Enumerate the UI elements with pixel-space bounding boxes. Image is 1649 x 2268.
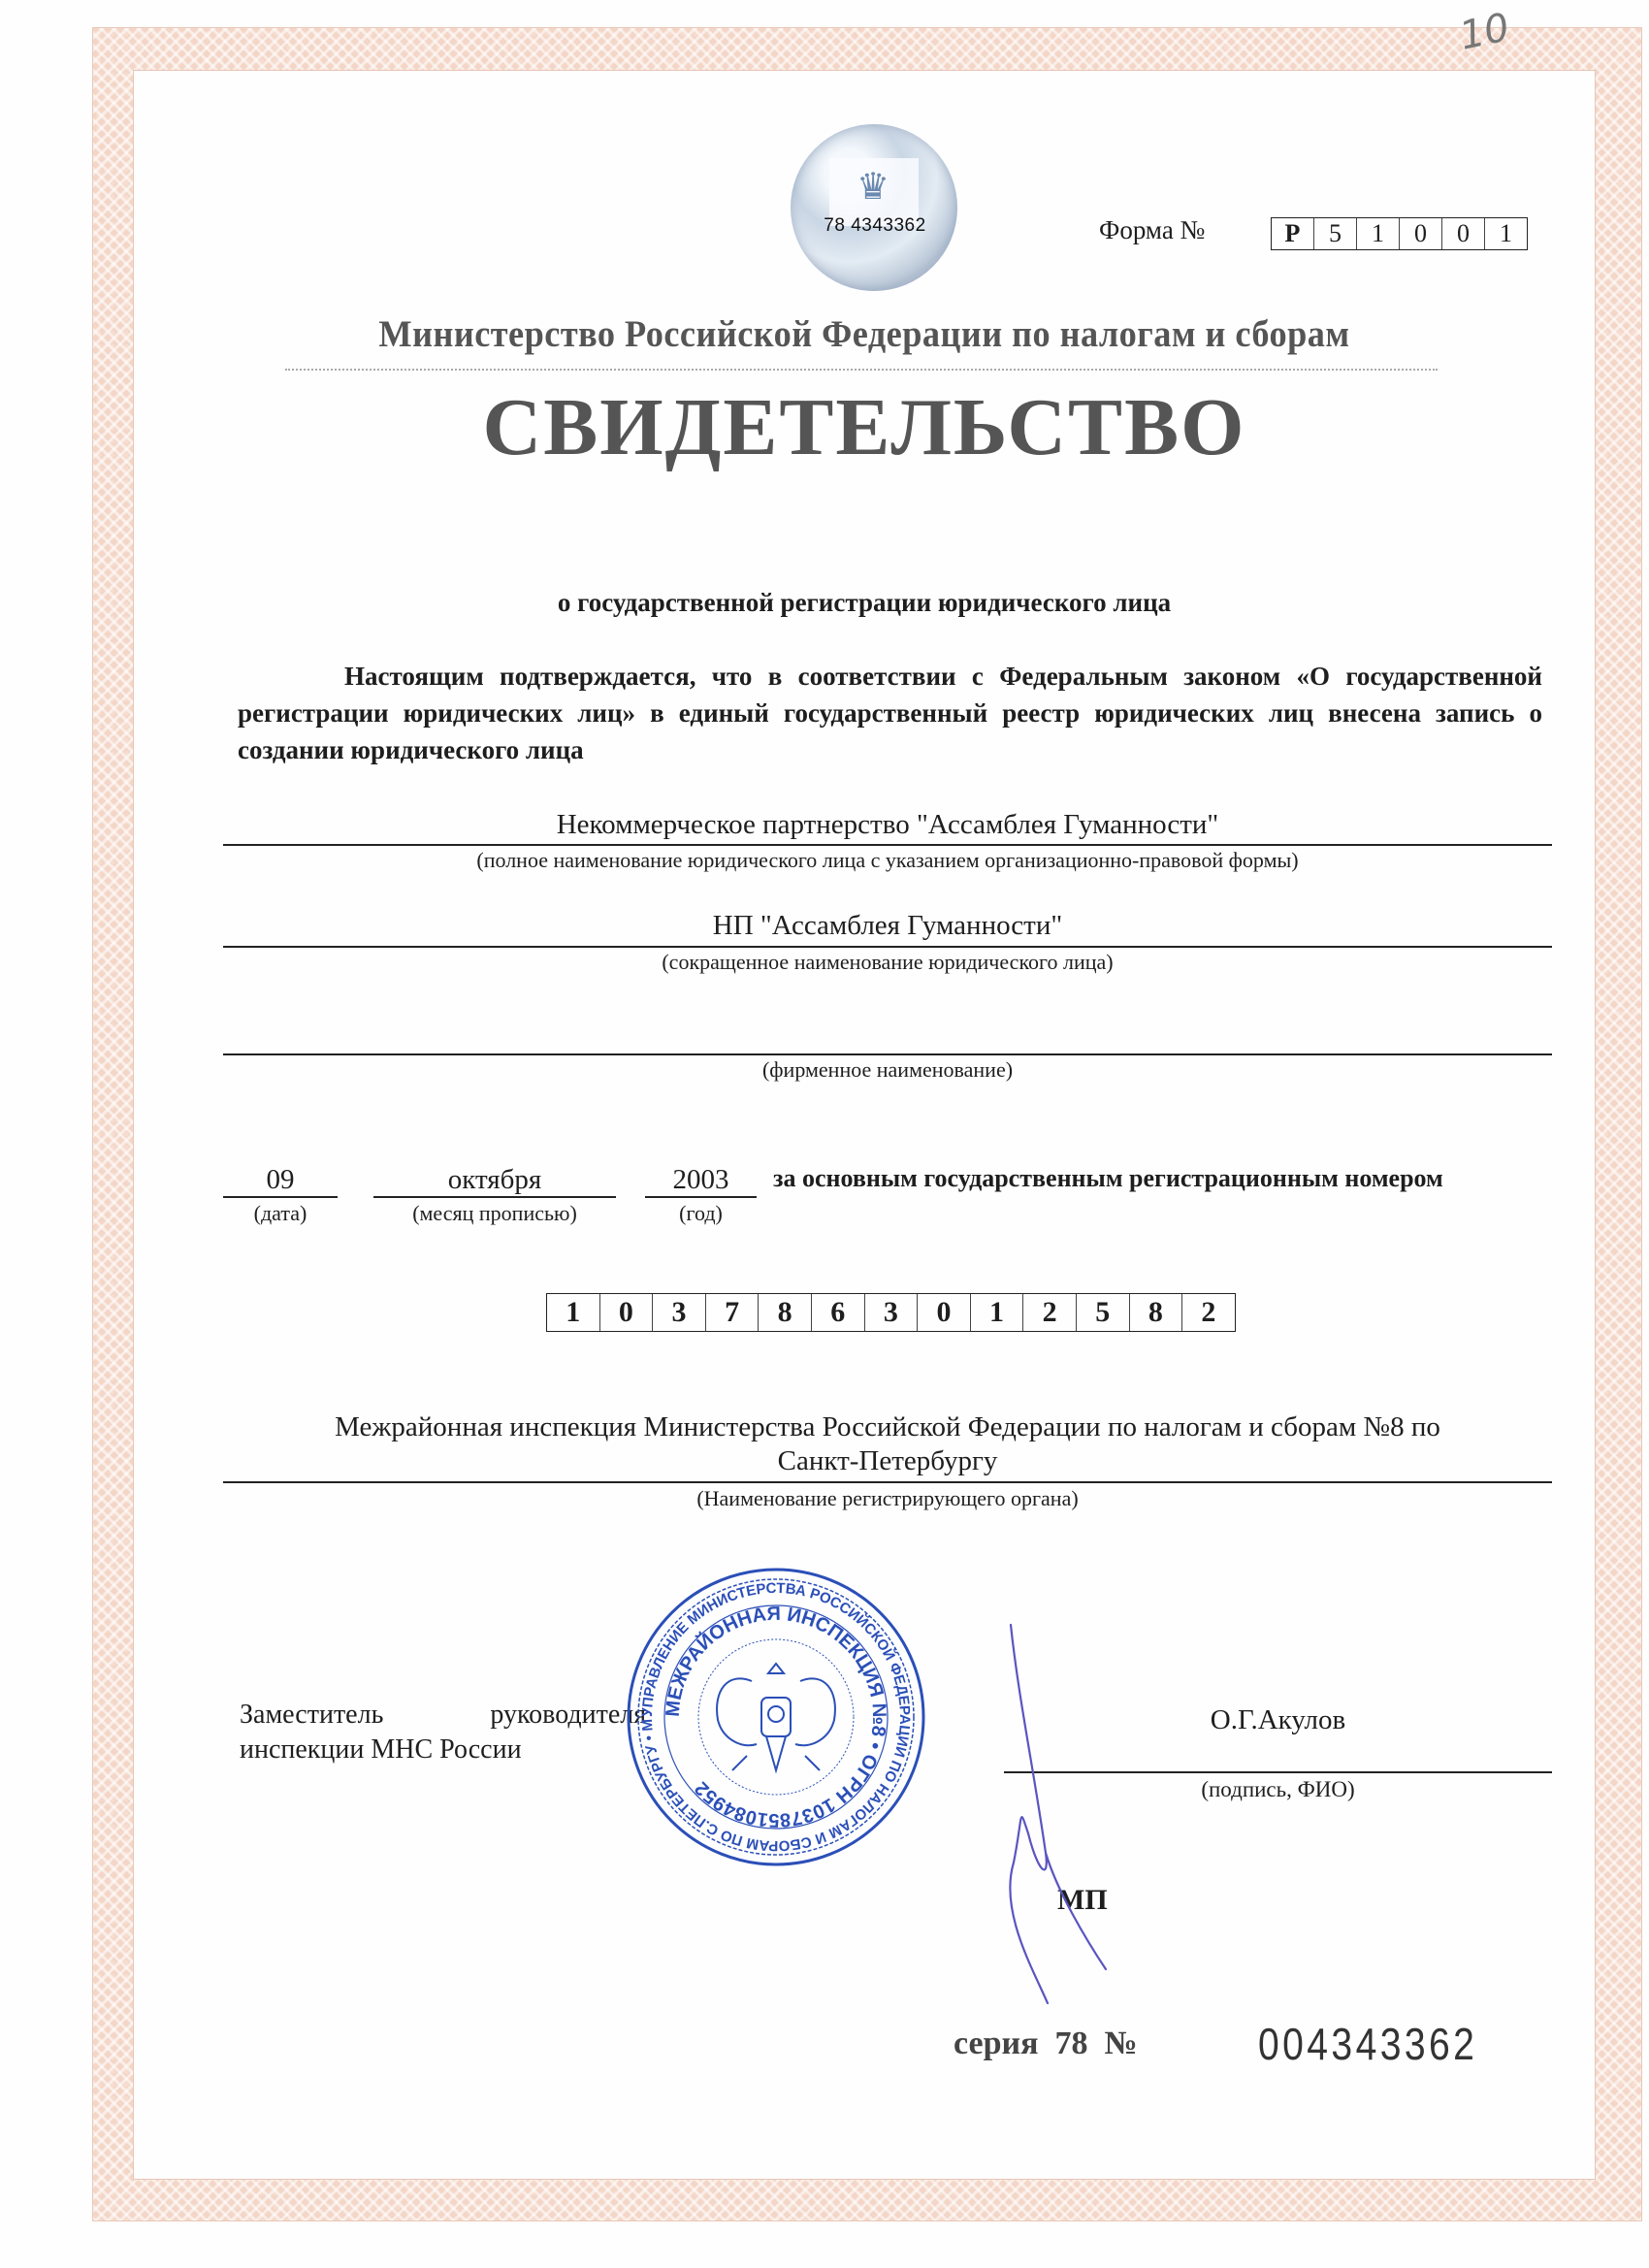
authority-name-line2: Санкт-Петербургу (223, 1445, 1552, 1477)
form-label: Форма № (1099, 215, 1205, 245)
ogrn-digit: 6 (812, 1294, 865, 1331)
registration-day-caption: (дата) (223, 1201, 338, 1226)
ogrn-digit: 3 (653, 1294, 706, 1331)
form-code-box: Р (1272, 218, 1314, 249)
ogrn-digit: 0 (918, 1294, 971, 1331)
registration-year-caption: (год) (645, 1201, 757, 1226)
hologram-number: 78 4343362 (812, 215, 938, 237)
registration-month: октября (373, 1164, 616, 1196)
certificate-subtitle: о государственной регистрации юридическо… (133, 588, 1596, 618)
ogrn-number-boxes: 1 0 3 7 8 6 3 0 1 2 5 8 2 (546, 1293, 1236, 1332)
form-code-box: 1 (1485, 218, 1527, 249)
ogrn-digit: 7 (706, 1294, 760, 1331)
certificate-title: СВИДЕТЕЛЬСТВО (133, 380, 1596, 474)
entity-full-name-caption: (полное наименование юридического лица с… (223, 848, 1552, 873)
ogrn-digit: 5 (1077, 1294, 1130, 1331)
form-code-box: 1 (1357, 218, 1400, 249)
ogrn-digit: 8 (759, 1294, 812, 1331)
authority-name-line1: Межрайонная инспекция Министерства Росси… (223, 1411, 1552, 1443)
divider (223, 1196, 338, 1198)
series-number: 004343362 (1258, 2018, 1477, 2070)
ogrn-digit: 2 (1023, 1294, 1077, 1331)
intro-paragraph: Настоящим подтверждается, что в соответс… (238, 658, 1542, 768)
registration-day: 09 (223, 1164, 338, 1196)
series-value: 78 (1055, 2025, 1088, 2061)
stamp-inner-ring-text: МЕЖРАЙОННАЯ ИНСПЕКЦИЯ №8 • ОГРН 10378510… (663, 1604, 890, 1831)
entity-short-name-caption: (сокращенное наименование юридического л… (223, 950, 1552, 975)
form-code-boxes: Р 5 1 0 0 1 (1271, 217, 1528, 250)
ogrn-digit: 3 (865, 1294, 919, 1331)
form-code-box: 5 (1314, 218, 1357, 249)
eagle-emblem-icon: ♛ (857, 165, 889, 209)
svg-text:МЕЖРАЙОННАЯ ИНСПЕКЦИЯ №8 • ОГР: МЕЖРАЙОННАЯ ИНСПЕКЦИЯ №8 • ОГРН 10378510… (663, 1604, 890, 1831)
ogrn-digit: 2 (1182, 1294, 1235, 1331)
ogrn-digit: 8 (1130, 1294, 1183, 1331)
signer-position: Заместительруководителя инспекции МНС Ро… (240, 1698, 646, 1767)
divider (223, 946, 1552, 948)
entity-full-name: Некоммерческое партнерство "Ассамблея Гу… (223, 809, 1552, 841)
registration-month-caption: (месяц прописью) (373, 1201, 616, 1226)
ministry-heading: Министерство Российской Федерации по нал… (184, 312, 1544, 356)
ogrn-label: за основным государственным регистрацион… (773, 1164, 1443, 1193)
divider (223, 844, 1552, 846)
ogrn-digit: 1 (547, 1294, 600, 1331)
official-stamp: УПРАВЛЕНИЕ МИНИСТЕРСТВА РОССИЙСКОЙ ФЕДЕР… (626, 1567, 926, 1867)
entity-firm-name-caption: (фирменное наименование) (223, 1057, 1552, 1083)
form-code-box: 0 (1442, 218, 1485, 249)
divider (223, 1053, 1552, 1055)
ogrn-digit: 1 (971, 1294, 1024, 1331)
form-code-box: 0 (1400, 218, 1442, 249)
divider (285, 369, 1438, 371)
divider (223, 1481, 1552, 1483)
hologram-seal: ♛ 78 4343362 (791, 124, 957, 291)
eagle-emblem-icon (717, 1664, 835, 1770)
authority-caption: (Наименование регистрирующего органа) (223, 1486, 1552, 1511)
ogrn-digit: 0 (600, 1294, 654, 1331)
handwritten-signature (960, 1620, 1115, 2008)
divider (645, 1196, 757, 1198)
entity-short-name: НП "Ассамблея Гуманности" (223, 910, 1552, 942)
series-label: серия 78 № (954, 2025, 1138, 2062)
registration-year: 2003 (645, 1164, 757, 1196)
divider (373, 1196, 616, 1198)
